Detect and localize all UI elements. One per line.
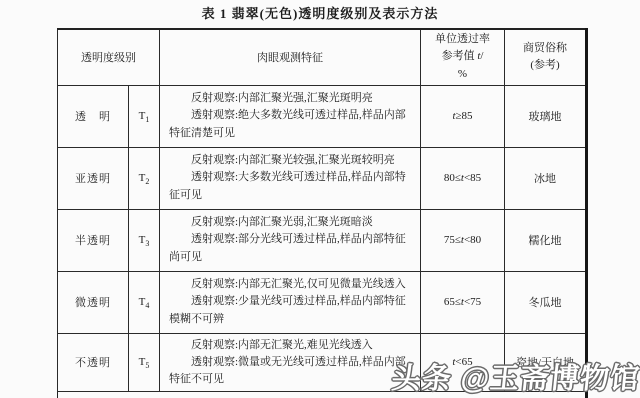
level-cell: 亚透明 xyxy=(58,147,129,209)
table-title: 表 1 翡翠(无色)透明度级别及表示方法 xyxy=(0,3,640,22)
transparency-grade-table: 透明度级别 肉眼观测特征 单位透过率参考值 t/% 商贸俗称 (参考) 透 明 … xyxy=(57,28,588,398)
header-level: 透明度级别 xyxy=(58,29,160,85)
level-cell: 微透明 xyxy=(58,271,129,333)
trade-cell: 冬瓜地 xyxy=(505,271,587,333)
features-cell: 反射观察:内部无汇聚光,难见光线透入透射观察:微量或无光线可透过样品,样品内部特… xyxy=(160,333,421,391)
toutiao-watermark: 头条 @玉斋博物馆 xyxy=(390,356,640,397)
symbol-cell: T4 xyxy=(129,271,160,333)
symbol-cell: T2 xyxy=(129,147,160,209)
features-cell: 反射观察:内部无汇聚光,仅可见微量光线透入透射观察:少量光线可透过样品,样品内部… xyxy=(160,271,421,333)
symbol-cell: T1 xyxy=(129,85,160,147)
table-row: 亚透明 T2 反射观察:内部汇聚光较强,汇聚光斑较明亮透射观察:大多数光线可透过… xyxy=(58,147,587,209)
header-transmittance: 单位透过率参考值 t/% xyxy=(421,29,505,85)
level-cell: 透 明 xyxy=(58,85,129,147)
features-cell: 反射观察:内部汇聚光较强,汇聚光斑较明亮透射观察:大多数光线可透过样品,样品内部… xyxy=(160,147,421,209)
features-cell: 反射观察:内部汇聚光强,汇聚光斑明亮透射观察:绝大多数光线可透过样品,样品内部特… xyxy=(160,85,421,147)
level-cell: 不透明 xyxy=(58,333,129,391)
symbol-cell: T5 xyxy=(129,333,160,391)
table-row: 透 明 T1 反射观察:内部汇聚光强,汇聚光斑明亮透射观察:绝大多数光线可透过样… xyxy=(58,85,587,147)
trade-cell: 冰地 xyxy=(505,147,587,209)
transmittance-cell: 80≤t<85 xyxy=(421,147,505,209)
transmittance-cell: t≥85 xyxy=(421,85,505,147)
header-trade: 商贸俗称 (参考) xyxy=(505,29,587,85)
symbol-cell: T3 xyxy=(129,209,160,271)
table-row: 微透明 T4 反射观察:内部无汇聚光,仅可见微量光线透入透射观察:少量光线可透过… xyxy=(58,271,587,333)
transmittance-cell: 65≤t<75 xyxy=(421,271,505,333)
transmittance-cell: 75≤t<80 xyxy=(421,209,505,271)
header-features: 肉眼观测特征 xyxy=(160,29,421,85)
trade-cell: 糯化地 xyxy=(505,209,587,271)
table-body: 透明度级别 肉眼观测特征 单位透过率参考值 t/% 商贸俗称 (参考) 透 明 … xyxy=(58,29,587,398)
table-row: 半透明 T3 反射观察:内部汇聚光弱,汇聚光斑暗淡透射观察:部分光线可透过样品,… xyxy=(58,209,587,271)
level-cell: 半透明 xyxy=(58,209,129,271)
trade-cell: 玻璃地 xyxy=(505,85,587,147)
features-cell: 反射观察:内部汇聚光弱,汇聚光斑暗淡透射观察:部分光线可透过样品,样品内部特征尚… xyxy=(160,209,421,271)
header-row: 透明度级别 肉眼观测特征 单位透过率参考值 t/% 商贸俗称 (参考) xyxy=(58,29,587,85)
